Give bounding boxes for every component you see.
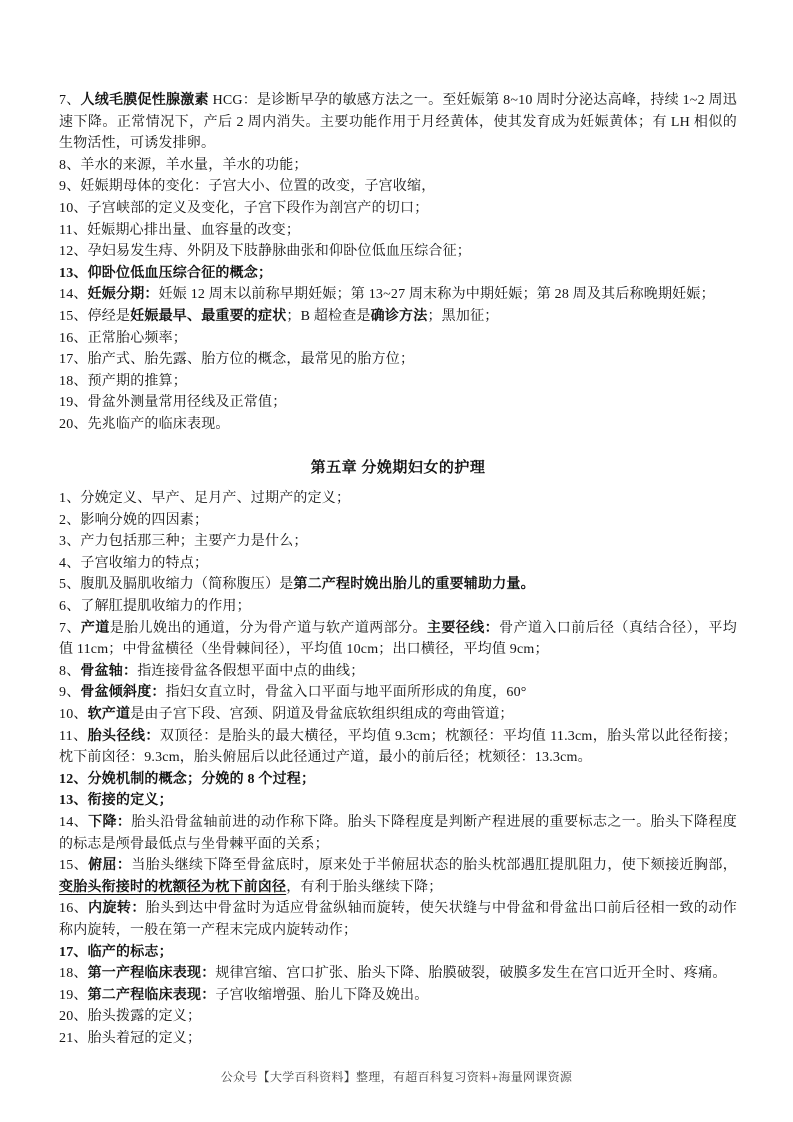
chapter-heading: 第五章 分娩期妇女的护理 <box>59 458 737 480</box>
note-item-ch5-6: 6、了解肛提肌收缩力的作用； <box>59 596 737 618</box>
note-item-ch5-15: 15、俯屈：当胎头继续下降至骨盆底时，原来处于半俯屈状态的胎头枕部遇肛提肌阻力，… <box>59 855 737 898</box>
note-item-ch5-1: 1、分娩定义、早产、足月产、过期产的定义； <box>59 488 737 510</box>
note-item-ch5-21: 21、胎头着冠的定义； <box>59 1028 737 1050</box>
note-item-ch5-8: 8、骨盆轴：指连接骨盆各假想平面中点的曲线； <box>59 661 737 683</box>
note-item-ch5-9: 9、骨盆倾斜度：指妇女直立时，骨盆入口平面与地平面所形成的角度，60° <box>59 682 737 704</box>
note-item-ch5-17: 17、临产的标志； <box>59 942 737 964</box>
note-item-ch5-12: 12、分娩机制的概念；分娩的 8 个过程； <box>59 769 737 791</box>
note-item-ch4-20: 20、先兆临产的临床表现。 <box>59 414 737 436</box>
note-item-ch5-7: 7、产道是胎儿娩出的通道，分为骨产道与软产道两部分。主要径线：骨产道入口前后径（… <box>59 618 737 661</box>
note-item-ch4-9: 9、妊娠期母体的变化：子宫大小、位置的改变，子宫收缩， <box>59 176 737 198</box>
note-item-ch5-5: 5、腹肌及膈肌收缩力（简称腹压）是第二产程时娩出胎儿的重要辅助力量。 <box>59 574 737 596</box>
note-item-ch5-20: 20、胎头拨露的定义； <box>59 1006 737 1028</box>
note-item-ch5-16: 16、内旋转：胎头到达中骨盆时为适应骨盆纵轴而旋转，使矢状缝与中骨盆和骨盆出口前… <box>59 898 737 941</box>
note-item-ch4-10: 10、子宫峡部的定义及变化，子宫下段作为剖宫产的切口； <box>59 198 737 220</box>
note-item-ch4-14: 14、妊娠分期：妊娠 12 周末以前称早期妊娠；第 13~27 周末称为中期妊娠… <box>59 284 737 306</box>
note-item-ch5-3: 3、产力包括那三种；主要产力是什么； <box>59 531 737 553</box>
note-item-ch4-13: 13、仰卧位低血压综合征的概念； <box>59 263 737 285</box>
note-item-ch5-14: 14、下降：胎头沿骨盆轴前进的动作称下降。胎头下降程度是判断产程进展的重要标志之… <box>59 812 737 855</box>
note-item-ch4-19: 19、骨盆外测量常用径线及正常值； <box>59 392 737 414</box>
note-item-ch4-18: 18、预产期的推算； <box>59 371 737 393</box>
note-item-ch4-16: 16、正常胎心频率； <box>59 328 737 350</box>
note-item-ch4-12: 12、孕妇易发生痔、外阴及下肢静脉曲张和仰卧位低血压综合征； <box>59 241 737 263</box>
document-body: 7、人绒毛膜促性腺激素 HCG：是诊断早孕的敏感方法之一。至妊娠第 8~10 周… <box>59 90 737 1050</box>
note-item-ch5-4: 4、子宫收缩力的特点； <box>59 553 737 575</box>
note-item-ch5-19: 19、第二产程临床表现：子宫收缩增强、胎儿下降及娩出。 <box>59 985 737 1007</box>
page-footer: 公众号【大学百科资料】整理，有超百科复习资料+海量网课资源 <box>0 1068 793 1085</box>
note-item-ch5-2: 2、影响分娩的四因素； <box>59 510 737 532</box>
document-page: 7、人绒毛膜促性腺激素 HCG：是诊断早孕的敏感方法之一。至妊娠第 8~10 周… <box>0 0 793 1122</box>
note-item-ch5-13: 13、衔接的定义； <box>59 790 737 812</box>
note-item-ch4-15: 15、停经是妊娠最早、最重要的症状；B 超检查是确诊方法；黑加征； <box>59 306 737 328</box>
note-item-ch5-11: 11、胎头径线：双顶径：是胎头的最大横径，平均值 9.3cm；枕额径：平均值 1… <box>59 726 737 769</box>
note-item-ch5-18: 18、第一产程临床表现：规律宫缩、宫口扩张、胎头下降、胎膜破裂，破膜多发生在宫口… <box>59 963 737 985</box>
note-item-ch4-11: 11、妊娠期心排出量、血容量的改变； <box>59 220 737 242</box>
note-item-ch5-10: 10、软产道是由子宫下段、宫颈、阴道及骨盆底软组织组成的弯曲管道； <box>59 704 737 726</box>
note-item-ch4-7: 7、人绒毛膜促性腺激素 HCG：是诊断早孕的敏感方法之一。至妊娠第 8~10 周… <box>59 90 737 155</box>
note-item-ch4-8: 8、羊水的来源，羊水量，羊水的功能； <box>59 155 737 177</box>
note-item-ch4-17: 17、胎产式、胎先露、胎方位的概念，最常见的胎方位； <box>59 349 737 371</box>
